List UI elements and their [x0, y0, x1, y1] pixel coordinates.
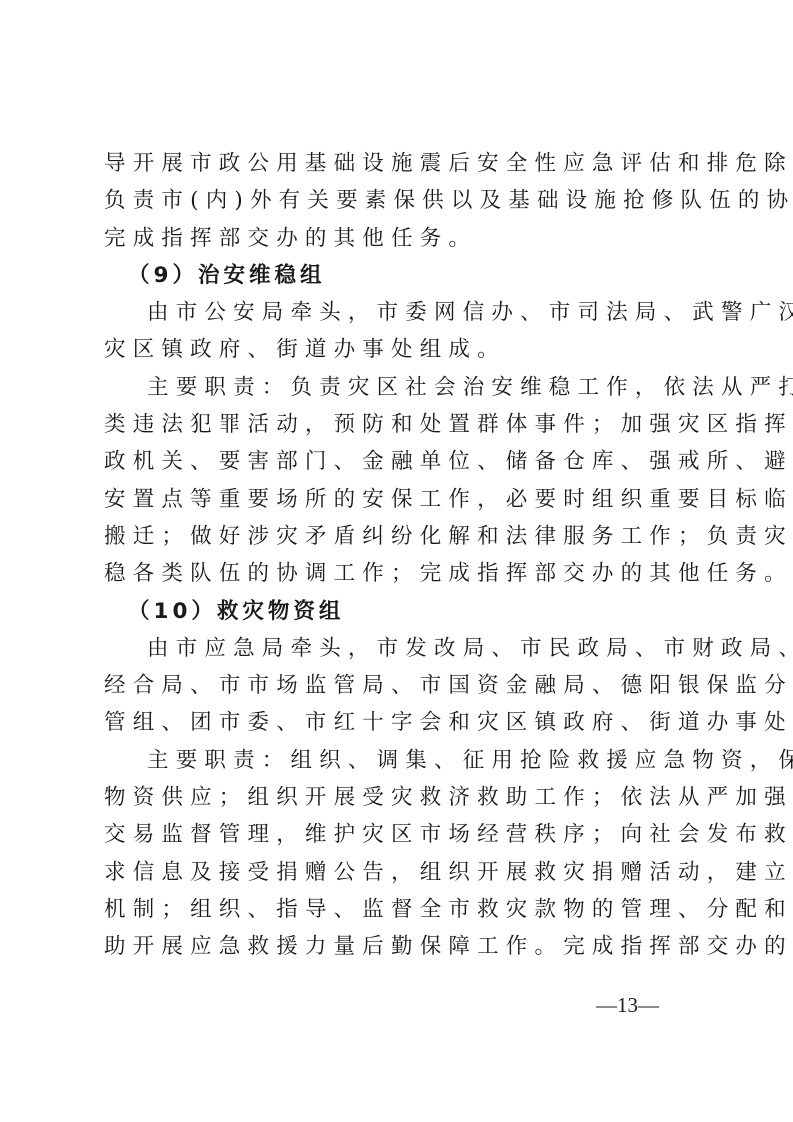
section-relief-supplies: （10）救灾物资组 由市应急局牵头，市发改局、市民政局、市财政局、市商务 经合局… [104, 593, 694, 966]
duties-paragraph: 主要职责：组织、调集、征用抢险救援应急物资，保障灾区 物资供应；组织开展受灾救济… [104, 742, 694, 966]
section-public-security: （9）治安维稳组 由市公安局牵头，市委网信办、市司法局、武警广汉中队和 灾区镇政… [104, 257, 694, 593]
text-line: 导开展市政公用基础设施震后安全性应急评估和排危除险工作； [104, 145, 694, 182]
page-body: 导开展市政公用基础设施震后安全性应急评估和排危除险工作； 负责市(内)外有关要素… [104, 145, 694, 966]
text-line: 主要职责：负责灾区社会治安维稳工作，依法从严打击各 [104, 369, 694, 406]
page-number: —13— [596, 993, 659, 1018]
text-line: 经合局、市市场监管局、市国资金融局、德阳银保监分局广汉监 [104, 667, 694, 704]
text-line: 完成指挥部交办的其他任务。 [104, 220, 694, 257]
text-line: 机制；组织、指导、监督全市救灾款物的管理、分配和使用；协 [104, 891, 694, 928]
section-heading: （10）救灾物资组 [104, 593, 694, 630]
text-line: 政机关、要害部门、金融单位、储备仓库、强戒所、避难和临时 [104, 443, 694, 480]
document-page: 导开展市政公用基础设施震后安全性应急评估和排危除险工作； 负责市(内)外有关要素… [0, 0, 793, 1122]
text-line: 稳各类队伍的协调工作；完成指挥部交办的其他任务。 [104, 555, 694, 592]
duties-paragraph: 主要职责：负责灾区社会治安维稳工作，依法从严打击各 类违法犯罪活动，预防和处置群… [104, 369, 694, 593]
text-line: 类违法犯罪活动，预防和处置群体事件；加强灾区指挥场所、党 [104, 406, 694, 443]
text-line: 由市公安局牵头，市委网信办、市司法局、武警广汉中队和 [104, 294, 694, 331]
text-line: 搬迁；做好涉灾矛盾纠纷化解和法律服务工作；负责灾区治安维 [104, 518, 694, 555]
composition-paragraph: 由市应急局牵头，市发改局、市民政局、市财政局、市商务 经合局、市市场监管局、市国… [104, 630, 694, 742]
text-line: 负责市(内)外有关要素保供以及基础设施抢修队伍的协调工作。 [104, 182, 694, 219]
continuation-paragraph: 导开展市政公用基础设施震后安全性应急评估和排危除险工作； 负责市(内)外有关要素… [104, 145, 694, 257]
text-line: 主要职责：组织、调集、征用抢险救援应急物资，保障灾区 [104, 742, 694, 779]
text-line: 求信息及接受捐赠公告，组织开展救灾捐赠活动，建立捐赠协调 [104, 854, 694, 891]
text-line: 由市应急局牵头，市发改局、市民政局、市财政局、市商务 [104, 630, 694, 667]
text-line: 助开展应急救援力量后勤保障工作。完成指挥部交办的其他任 [104, 928, 694, 965]
text-line: 管组、团市委、市红十字会和灾区镇政府、街道办事处组成。 [104, 704, 694, 741]
section-heading: （9）治安维稳组 [104, 257, 694, 294]
composition-paragraph: 由市公安局牵头，市委网信办、市司法局、武警广汉中队和 灾区镇政府、街道办事处组成… [104, 294, 694, 369]
text-line: 物资供应；组织开展受灾救济救助工作；依法从严加强灾区市场 [104, 779, 694, 816]
text-line: 安置点等重要场所的安保工作，必要时组织重要目标临时转移、 [104, 481, 694, 518]
text-line: 灾区镇政府、街道办事处组成。 [104, 331, 694, 368]
text-line: 交易监督管理，维护灾区市场经营秩序；向社会发布救灾物资需 [104, 816, 694, 853]
